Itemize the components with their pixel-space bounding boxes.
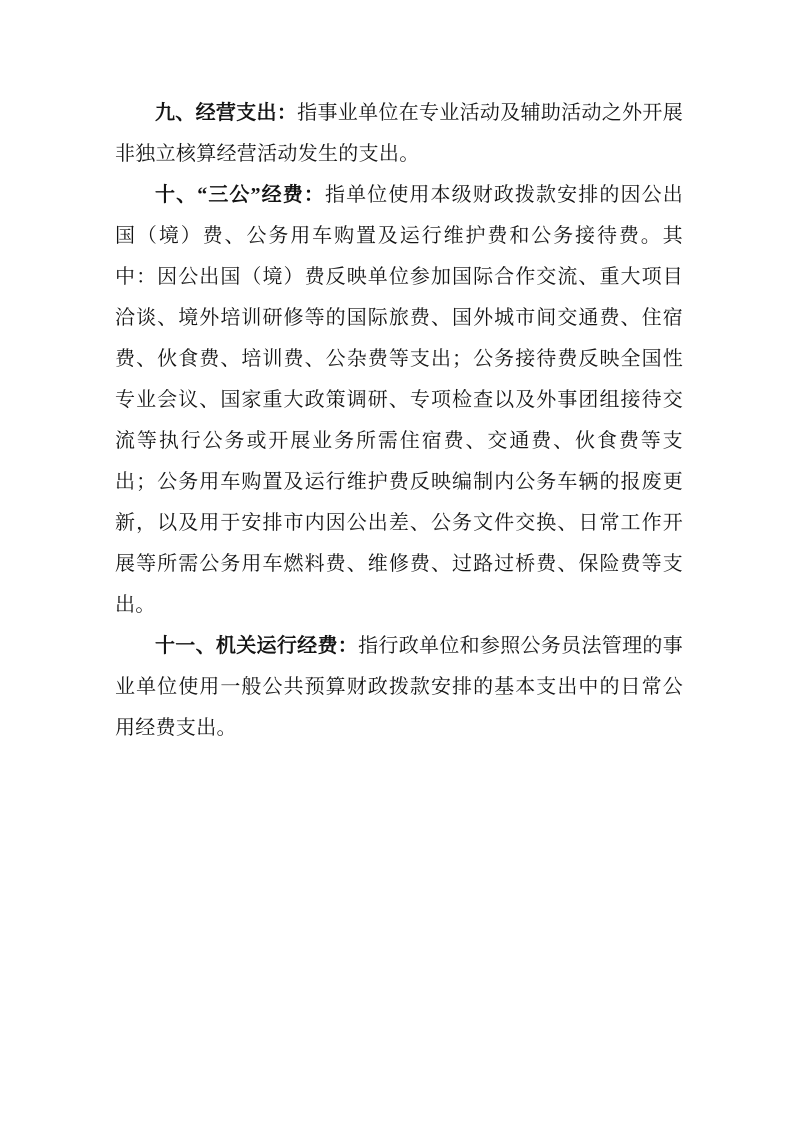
- term-label: 十一、机关运行经费：: [155, 635, 358, 657]
- term-definition: 指单位使用本级财政拨款安排的因公出国（境）费、公务用车购置及运行维护费和公务接待…: [115, 184, 683, 616]
- document-body: 九、经营支出：指事业单位在专业活动及辅助活动之外开展非独立核算经营活动发生的支出…: [115, 93, 683, 749]
- paragraph-operating-expense: 九、经营支出：指事业单位在专业活动及辅助活动之外开展非独立核算经营活动发生的支出…: [115, 93, 683, 175]
- document-page: 九、经营支出：指事业单位在专业活动及辅助活动之外开展非独立核算经营活动发生的支出…: [0, 0, 793, 1122]
- paragraph-agency-operating-funds: 十一、机关运行经费：指行政单位和参照公务员法管理的事业单位使用一般公共预算财政拨…: [115, 626, 683, 749]
- term-label: 九、经营支出：: [155, 102, 297, 124]
- paragraph-three-public-funds: 十、“三公”经费：指单位使用本级财政拨款安排的因公出国（境）费、公务用车购置及运…: [115, 175, 683, 626]
- term-label: 十、“三公”经费：: [155, 184, 325, 206]
